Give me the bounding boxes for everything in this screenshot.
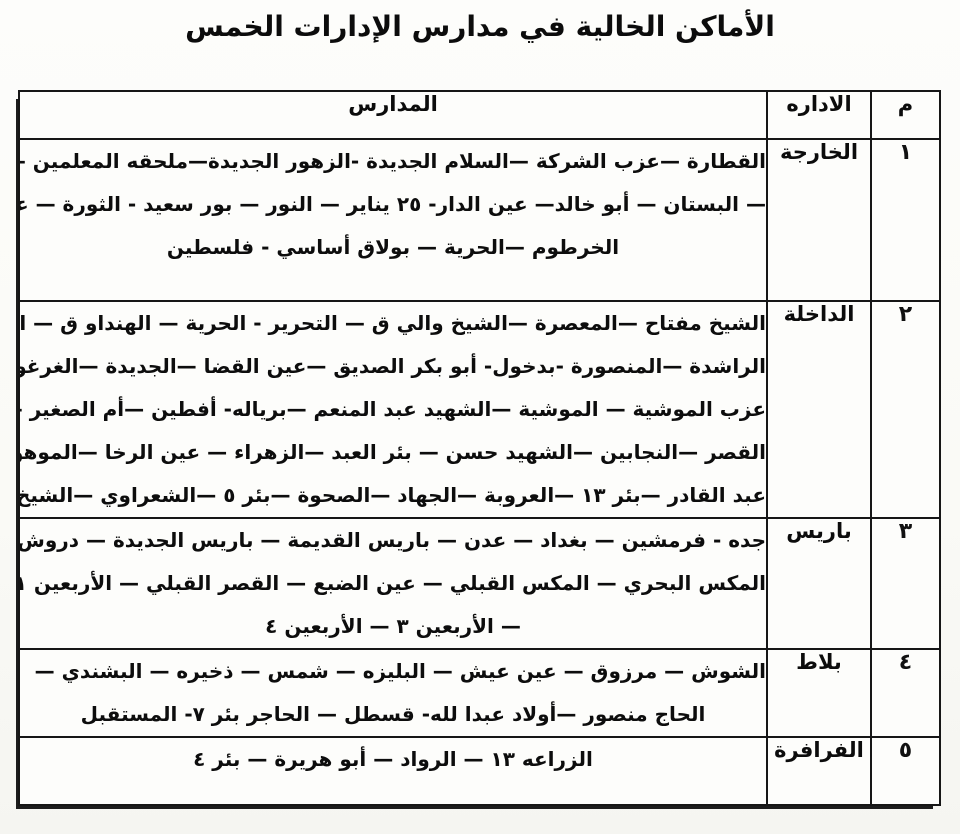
column-header-schools: المدارس: [19, 91, 767, 139]
table-row: ٤ بلاط الشوش — مرزوق — عين عيش — البليزه…: [19, 649, 940, 737]
scanned-document-page: الأماكن الخالية في مدارس الإدارات الخمس …: [0, 0, 960, 834]
vacancies-table-frame: م الاداره المدارس ١ الخارجة القطارة —عزب…: [18, 90, 941, 806]
page-title: الأماكن الخالية في مدارس الإدارات الخمس: [0, 0, 960, 43]
table-row: ٥ الفرافرة الزراعه ١٣ — الرواد — أبو هري…: [19, 737, 940, 805]
schools-line: — الأربعين ٣ — الأربعين ٤: [20, 605, 766, 648]
schools-list: الشوش — مرزوق — عين عيش — البليزه — شمس …: [19, 649, 767, 737]
administration-name: الخارجة: [767, 139, 871, 301]
column-header-number: م: [871, 91, 940, 139]
schools-line: الحاج منصور —أولاد عبدا لله- قسطل — الحا…: [20, 693, 766, 736]
schools-line: عبد القادر —بئر ١٣ —العروبة —الجهاد —الص…: [20, 474, 766, 517]
table-row: ١ الخارجة القطارة —عزب الشركة —السلام ال…: [19, 139, 940, 301]
schools-line: جده - فرمشين — بغداد — عدن — باريس القدي…: [20, 519, 766, 562]
administration-name: باريس: [767, 518, 871, 649]
schools-list: الشيخ مفتاح —المعصرة —الشيخ والي ق — الت…: [19, 301, 767, 518]
schools-list: القطارة —عزب الشركة —السلام الجديدة -الز…: [19, 139, 767, 301]
administration-name: الداخلة: [767, 301, 871, 518]
table-row: ٣ باريس جده - فرمشين — بغداد — عدن — بار…: [19, 518, 940, 649]
vacancies-table: م الاداره المدارس ١ الخارجة القطارة —عزب…: [18, 90, 941, 806]
administration-name: بلاط: [767, 649, 871, 737]
schools-line: الشوش — مرزوق — عين عيش — البليزه — شمس …: [20, 650, 766, 693]
schools-line: الشيخ مفتاح —المعصرة —الشيخ والي ق — الت…: [20, 302, 766, 345]
schools-line: — البستان — أبو خالد— عين الدار- ٢٥ يناي…: [20, 183, 766, 226]
row-number: ٥: [871, 737, 940, 805]
administration-name: الفرافرة: [767, 737, 871, 805]
schools-line: الزراعه ١٣ — الرواد — أبو هريرة — بئر ٤: [20, 738, 766, 781]
schools-list: جده - فرمشين — بغداد — عدن — باريس القدي…: [19, 518, 767, 649]
row-number: ٢: [871, 301, 940, 518]
row-number: ٣: [871, 518, 940, 649]
row-number: ١: [871, 139, 940, 301]
schools-line: الراشدة —المنصورة -بدخول- أبو بكر الصديق…: [20, 345, 766, 388]
schools-line: القطارة —عزب الشركة —السلام الجديدة -الز…: [20, 140, 766, 183]
row-number: ٤: [871, 649, 940, 737]
table-row: ٢ الداخلة الشيخ مفتاح —المعصرة —الشيخ وا…: [19, 301, 940, 518]
schools-line: عزب الموشية — الموشية —الشهيد عبد المنعم…: [20, 388, 766, 431]
schools-line: الخرطوم —الحرية — بولاق أساسي - فلسطين: [20, 226, 766, 269]
schools-list: الزراعه ١٣ — الرواد — أبو هريرة — بئر ٤: [19, 737, 767, 805]
header-row: م الاداره المدارس: [19, 91, 940, 139]
column-header-administration: الاداره: [767, 91, 871, 139]
schools-line: المكس البحري — المكس القبلي — عين الضبع …: [20, 562, 766, 605]
schools-line: القصر —النجابين —الشهيد حسن — بئر العبد …: [20, 431, 766, 474]
